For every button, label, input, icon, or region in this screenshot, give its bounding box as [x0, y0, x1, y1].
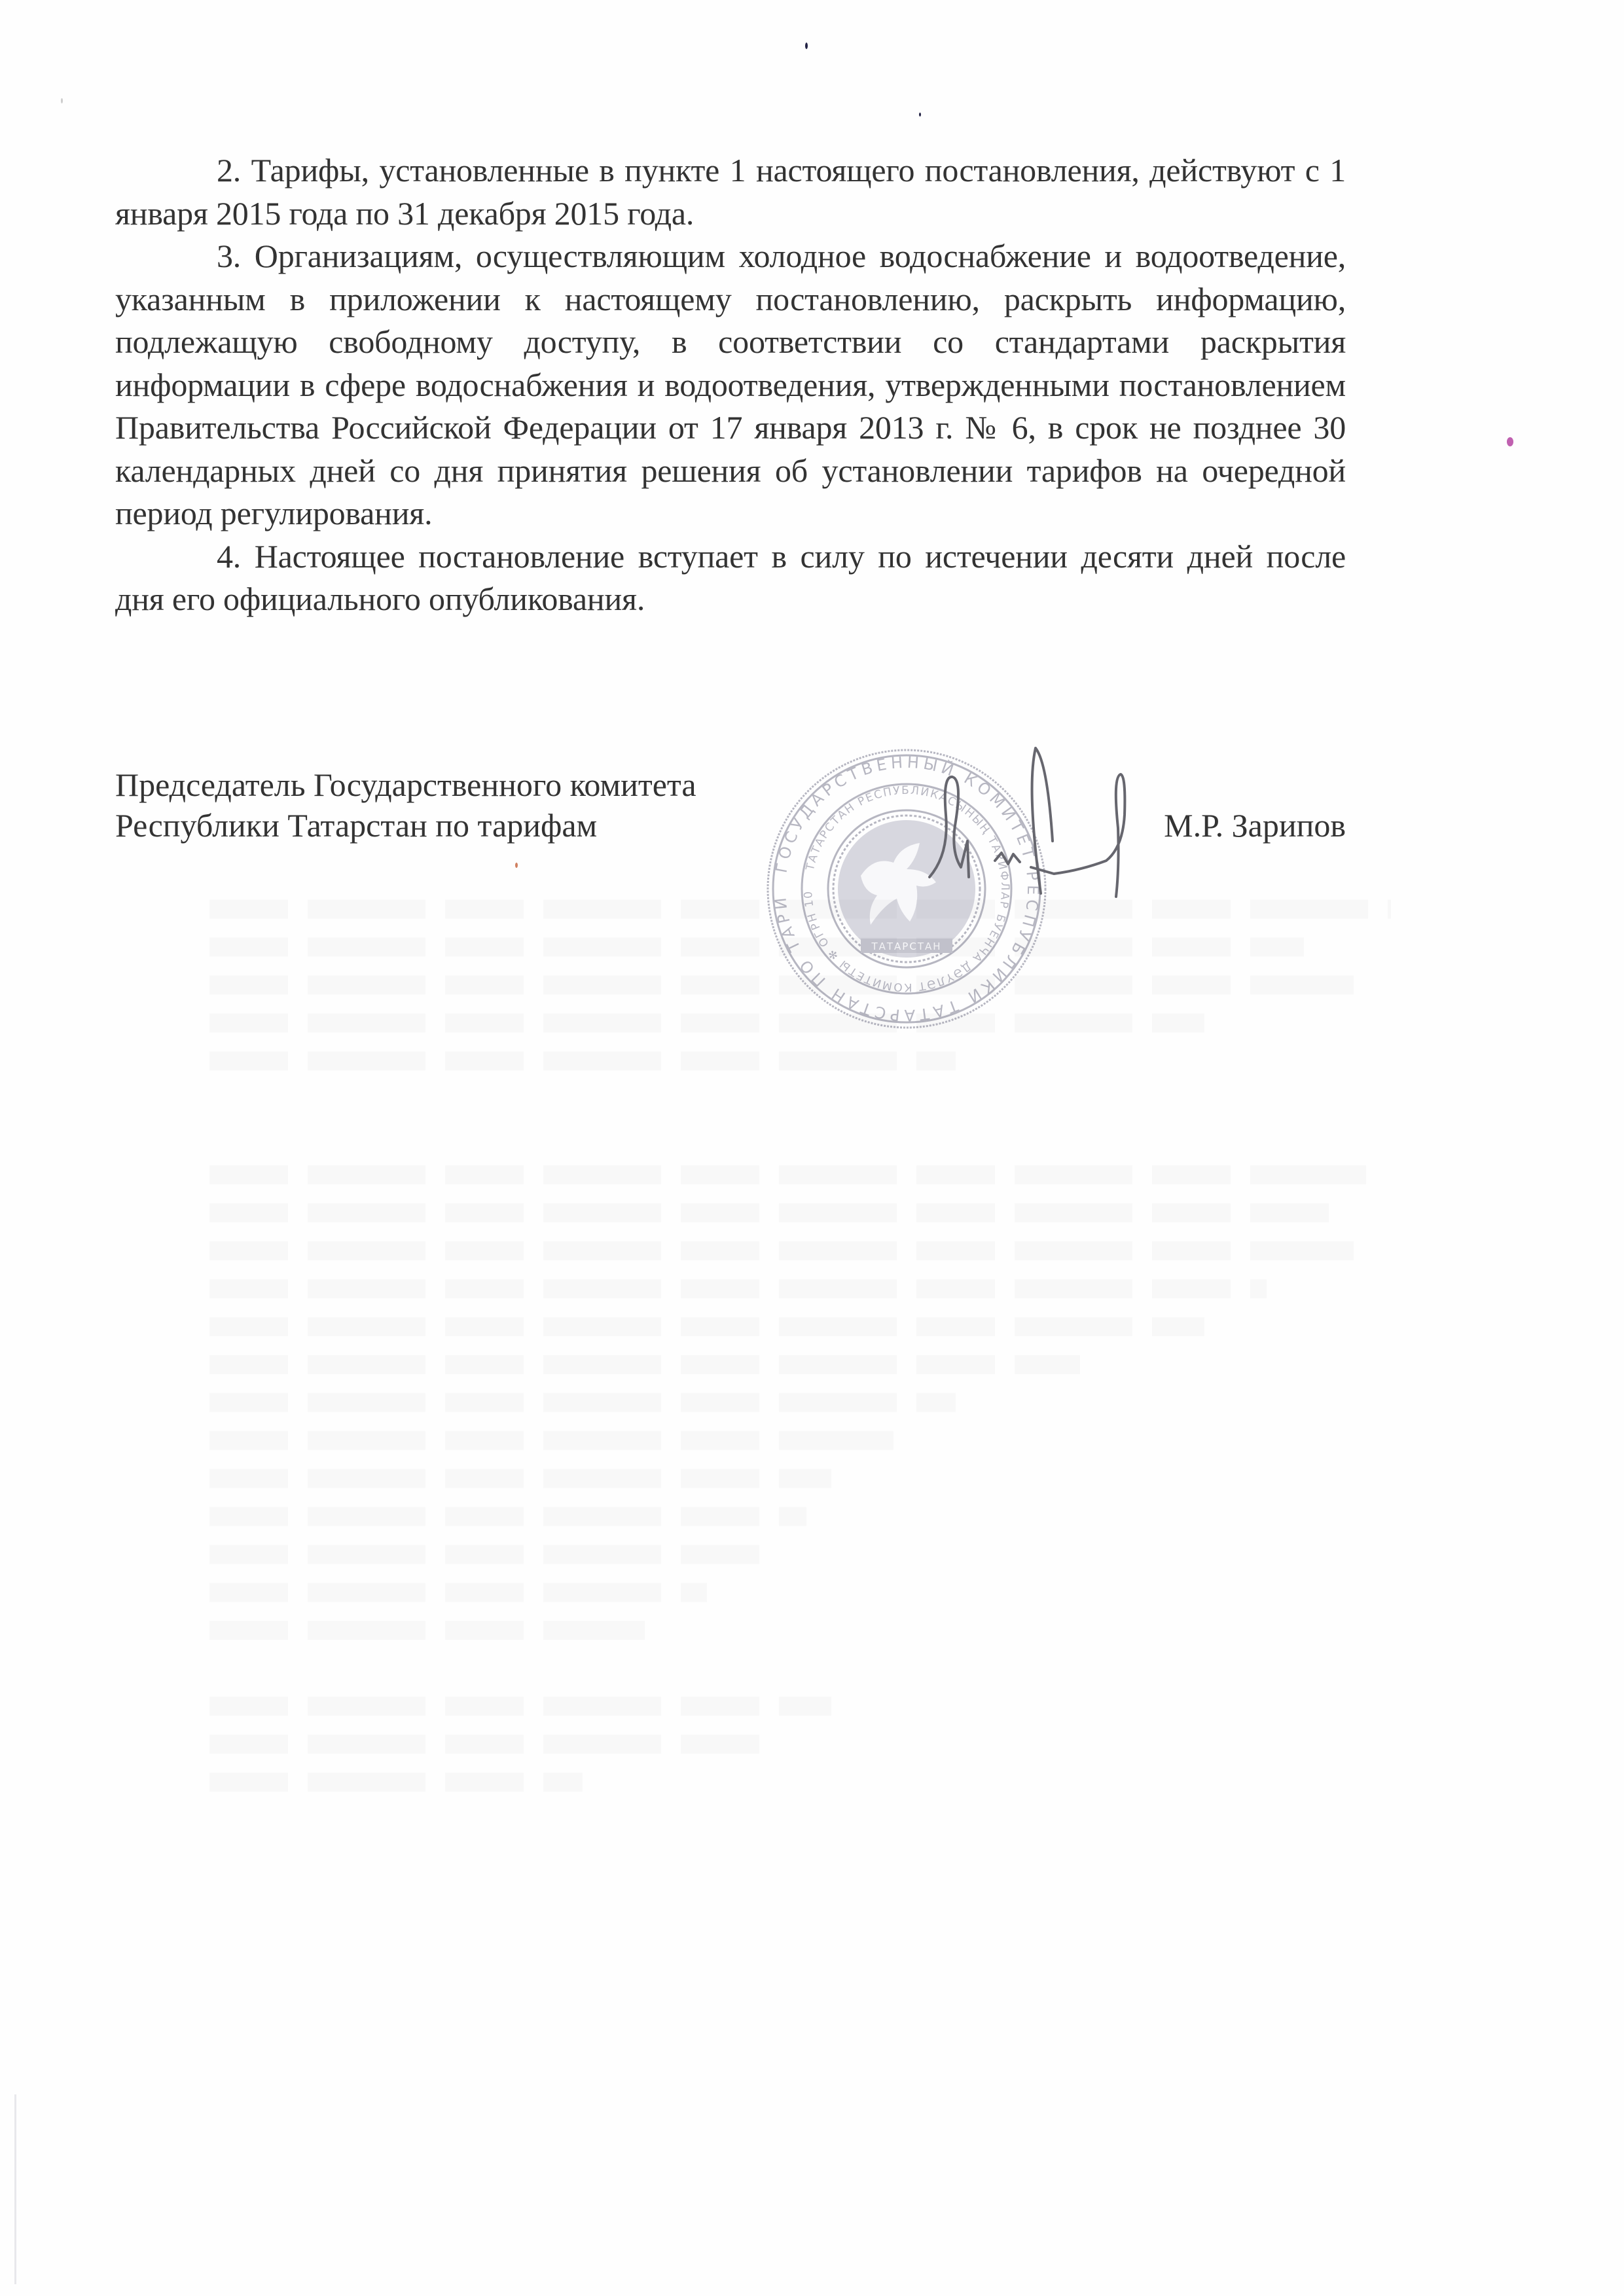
scan-speck: [515, 863, 518, 868]
paragraph-2: 2. Тарифы, установленные в пункте 1 наст…: [115, 149, 1346, 235]
magenta-mark: [1507, 437, 1513, 446]
document-body: 2. Тарифы, установленные в пункте 1 наст…: [115, 149, 1346, 621]
scan-speck: [61, 98, 63, 103]
signature-block: Председатель Государственного комитета Р…: [115, 764, 1346, 846]
paragraph-4: 4. Настоящее постановление вступает в си…: [115, 535, 1346, 621]
signatory-title-line-2: Республики Татарстан по тарифам: [115, 805, 1346, 846]
scan-speck: [805, 43, 808, 49]
signatory-name: М.Р. Зарипов: [1164, 805, 1346, 846]
paragraph-3: 3. Организациям, осуществляющим холодное…: [115, 235, 1346, 535]
scan-edge: [14, 2094, 16, 2284]
document-page: 2. Тарифы, установленные в пункте 1 наст…: [0, 0, 1624, 2296]
svg-text:ТАТАРСТАН: ТАТАРСТАН: [871, 941, 941, 952]
handwritten-signature: [910, 736, 1146, 913]
scan-speck: [919, 113, 921, 117]
signatory-title-line-1: Председатель Государственного комитета: [115, 764, 1346, 805]
